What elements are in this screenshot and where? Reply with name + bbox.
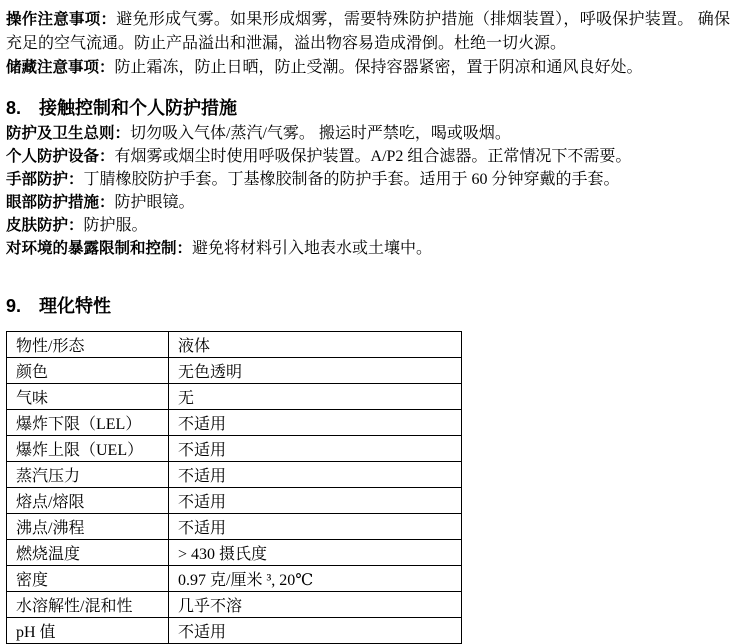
property-value: 不适用 <box>169 410 462 436</box>
property-value: > 430 摄氏度 <box>169 540 462 566</box>
property-value: 不适用 <box>169 436 462 462</box>
property-name: 物性/形态 <box>7 332 169 358</box>
protection-hygiene-paragraph: 防护及卫生总则：切勿吸入气体/蒸汽/气雾。 搬运时严禁吃，喝或吸烟。 <box>6 122 730 145</box>
property-value: 几乎不溶 <box>169 592 462 618</box>
property-name: 密度 <box>7 566 169 592</box>
skin-protection-paragraph: 皮肤防护：防护服。 <box>6 214 730 237</box>
table-row-melting-point: 熔点/熔限 不适用 <box>7 488 462 514</box>
hand-protection-text: 丁腈橡胶防护手套。丁基橡胶制备的防护手套。适用于 60 分钟穿戴的手套。 <box>84 171 620 188</box>
skin-protection-label: 皮肤防护： <box>6 217 84 234</box>
property-value: 不适用 <box>169 462 462 488</box>
hand-protection-paragraph: 手部防护：丁腈橡胶防护手套。丁基橡胶制备的防护手套。适用于 60 分钟穿戴的手套… <box>6 168 730 191</box>
property-value: 不适用 <box>169 488 462 514</box>
eye-protection-paragraph: 眼部防护措施：防护眼镜。 <box>6 191 730 214</box>
property-value: 不适用 <box>169 514 462 540</box>
property-value: 0.97 克/厘米 ³, 20℃ <box>169 566 462 592</box>
physical-properties-table: 物性/形态 液体 颜色 无色透明 气味 无 爆炸下限（LEL） 不适用 爆炸上限… <box>6 331 462 644</box>
table-row-ph: pH 值 不适用 <box>7 618 462 644</box>
property-name: 颜色 <box>7 358 169 384</box>
handling-precautions-paragraph: 操作注意事项：避免形成气雾。如果形成烟雾，需要特殊防护措施（排烟装置），呼吸保护… <box>6 8 730 56</box>
personal-equipment-paragraph: 个人防护设备：有烟雾或烟尘时使用呼吸保护装置。A/P2 组合滤器。正常情况下不需… <box>6 145 730 168</box>
property-name: 熔点/熔限 <box>7 488 169 514</box>
property-name: 沸点/沸程 <box>7 514 169 540</box>
section9-title: 理化特性 <box>39 296 111 316</box>
table-row-lel: 爆炸下限（LEL） 不适用 <box>7 410 462 436</box>
environmental-exposure-paragraph: 对环境的暴露限制和控制：避免将材料引入地表水或土壤中。 <box>6 237 730 260</box>
storage-precautions-text: 防止霜冻，防止日晒，防止受潮。保持容器紧密，置于阴凉和通风良好处。 <box>115 59 643 76</box>
personal-equipment-label: 个人防护设备： <box>6 148 115 165</box>
sds-document-page: 操作注意事项：避免形成气雾。如果形成烟雾，需要特殊防护措施（排烟装置），呼吸保护… <box>0 0 755 644</box>
table-row-boiling-point: 沸点/沸程 不适用 <box>7 514 462 540</box>
table-row-color: 颜色 无色透明 <box>7 358 462 384</box>
property-name: 蒸汽压力 <box>7 462 169 488</box>
table-row-vapor-pressure: 蒸汽压力 不适用 <box>7 462 462 488</box>
section8-number: 8. <box>6 96 39 120</box>
section8-heading: 8.接触控制和个人防护措施 <box>6 96 741 120</box>
storage-precautions-label: 储藏注意事项： <box>6 59 115 76</box>
table-row-odor: 气味 无 <box>7 384 462 410</box>
storage-precautions-paragraph: 储藏注意事项：防止霜冻，防止日晒，防止受潮。保持容器紧密，置于阴凉和通风良好处。 <box>6 56 730 80</box>
table-row-water-solubility: 水溶解性/混和性 几乎不溶 <box>7 592 462 618</box>
section9-number: 9. <box>6 294 39 318</box>
personal-equipment-text: 有烟雾或烟尘时使用呼吸保护装置。A/P2 组合滤器。正常情况下不需要。 <box>115 148 632 165</box>
skin-protection-text: 防护服。 <box>84 217 148 234</box>
property-value: 无 <box>169 384 462 410</box>
table-row-combustion-temperature: 燃烧温度 > 430 摄氏度 <box>7 540 462 566</box>
section9-heading: 9.理化特性 <box>6 294 741 318</box>
property-name: 水溶解性/混和性 <box>7 592 169 618</box>
protection-hygiene-label: 防护及卫生总则： <box>6 125 130 142</box>
table-row-density: 密度 0.97 克/厘米 ³, 20℃ <box>7 566 462 592</box>
property-name: 气味 <box>7 384 169 410</box>
property-name: pH 值 <box>7 618 169 644</box>
environmental-exposure-text: 避免将材料引入地表水或土壤中。 <box>192 240 432 257</box>
property-value: 不适用 <box>169 618 462 644</box>
property-value: 液体 <box>169 332 462 358</box>
property-name: 燃烧温度 <box>7 540 169 566</box>
hand-protection-label: 手部防护： <box>6 171 84 188</box>
eye-protection-label: 眼部防护措施： <box>6 194 115 211</box>
property-name: 爆炸下限（LEL） <box>7 410 169 436</box>
protection-hygiene-text: 切勿吸入气体/蒸汽/气雾。 搬运时严禁吃，喝或吸烟。 <box>130 125 511 142</box>
handling-precautions-label: 操作注意事项： <box>6 11 116 28</box>
table-row-physical-state: 物性/形态 液体 <box>7 332 462 358</box>
eye-protection-text: 防护眼镜。 <box>115 194 195 211</box>
section8-title: 接触控制和个人防护措施 <box>39 98 237 118</box>
property-value: 无色透明 <box>169 358 462 384</box>
environmental-exposure-label: 对环境的暴露限制和控制： <box>6 240 192 257</box>
property-name: 爆炸上限（UEL） <box>7 436 169 462</box>
table-row-uel: 爆炸上限（UEL） 不适用 <box>7 436 462 462</box>
